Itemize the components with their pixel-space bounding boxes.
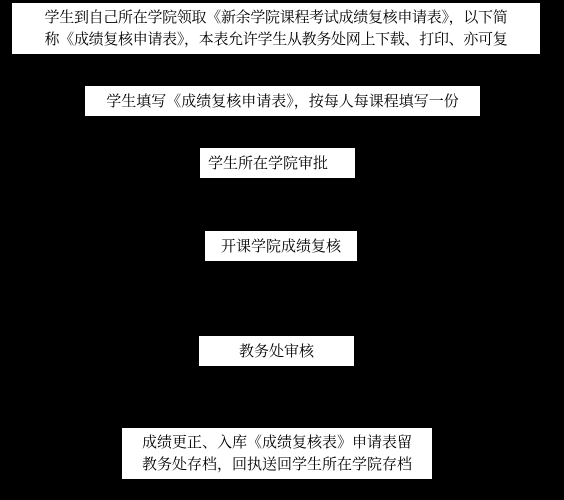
- step-fill-form: 学生填写《成绩复核申请表》，按每人每课程填写一份: [85, 86, 480, 116]
- step-college-approval: 学生所在学院审批: [200, 148, 355, 178]
- step-text-line: 学生所在学院审批: [208, 152, 355, 174]
- step-text-line: 学生填写《成绩复核申请表》，按每人每课程填写一份: [85, 90, 480, 112]
- step-text-line: 教务处存档，回执送回学生所在学院存档: [122, 453, 432, 475]
- step-course-college-review: 开课学院成绩复核: [205, 231, 357, 261]
- step-text-line: 学生到自己所在学院领取《新余学院课程考试成绩复核申请表》，以下简: [12, 6, 540, 28]
- step-academic-affairs-audit: 教务处审核: [199, 336, 354, 366]
- step-text-line: 教务处审核: [199, 340, 354, 362]
- step-text-line: 开课学院成绩复核: [205, 235, 357, 257]
- step-correction-archive: 成绩更正、入库《成绩复核表》申请表留 教务处存档，回执送回学生所在学院存档: [122, 428, 432, 479]
- step-obtain-form: 学生到自己所在学院领取《新余学院课程考试成绩复核申请表》，以下简 称《成绩复核申…: [12, 3, 540, 54]
- step-text-line: 称《成绩复核申请表》，本表允许学生从教务处网上下载、打印、亦可复: [12, 28, 540, 50]
- step-text-line: 成绩更正、入库《成绩复核表》申请表留: [122, 431, 432, 453]
